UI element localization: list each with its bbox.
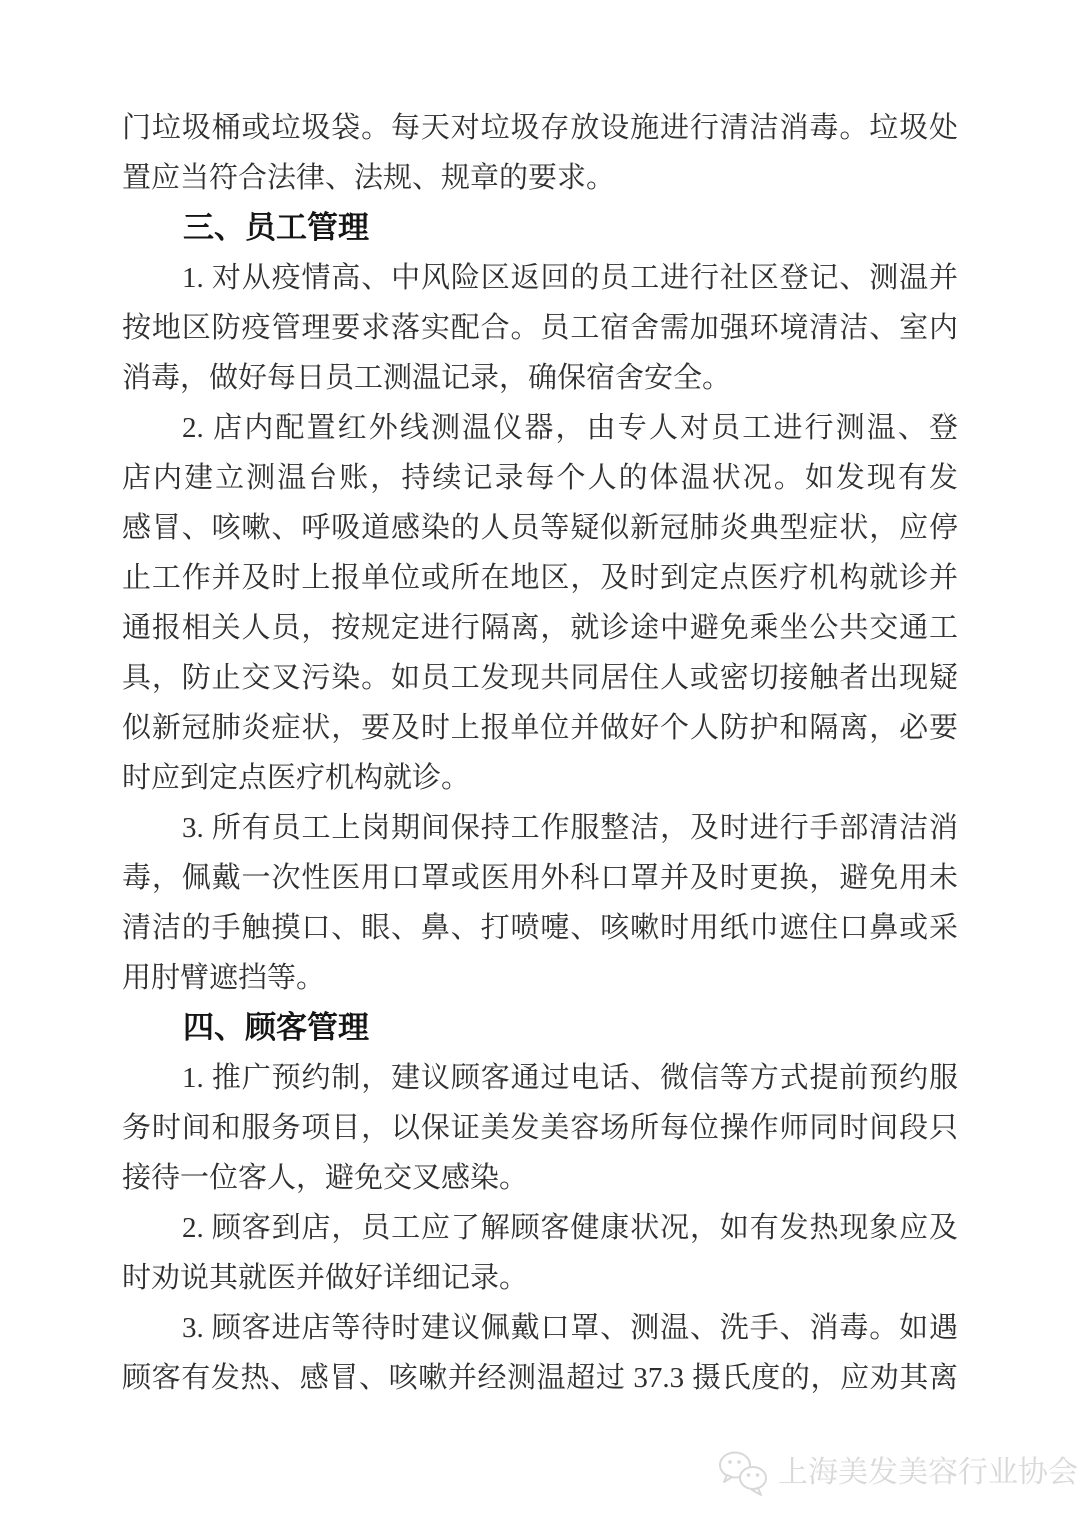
text-line: 门垃圾桶或垃圾袋。每天对垃圾存放设施进行清洁消毒。垃圾处 [122,103,958,153]
section-heading: 四、顾客管理 [122,1003,958,1053]
paragraph: 门垃圾桶或垃圾袋。每天对垃圾存放设施进行清洁消毒。垃圾处置应当符合法律、法规、规… [122,103,958,203]
text-line: 2. 顾客到店，员工应了解顾客健康状况，如有发热现象应及 [122,1203,958,1253]
text-line: 接待一位客人，避免交叉感染。 [122,1153,958,1203]
text-line: 3. 顾客进店等待时建议佩戴口罩、测温、洗手、消毒。如遇 [122,1303,958,1353]
text-line: 清洁的手触摸口、眼、鼻、打喷嚏、咳嗽时用纸巾遮住口鼻或采 [122,903,958,953]
text-line: 1. 推广预约制，建议顾客通过电话、微信等方式提前预约服 [122,1053,958,1103]
text-line: 似新冠肺炎症状，要及时上报单位并做好个人防护和隔离，必要 [122,703,958,753]
watermark: 上海美发美容行业协会 [716,1448,1078,1498]
paragraph: 3. 所有员工上岗期间保持工作服整洁，及时进行手部清洁消毒，佩戴一次性医用口罩或… [122,803,958,1003]
text-line: 务时间和服务项目，以保证美发美容场所每位操作师同时间段只 [122,1103,958,1153]
paragraph: 1. 对从疫情高、中风险区返回的员工进行社区登记、测温并按地区防疫管理要求落实配… [122,253,958,403]
page: { "page": { "background": "#ffffff", "bo… [0,0,1080,1527]
text-line: 置应当符合法律、法规、规章的要求。 [122,153,958,203]
document-page: 门垃圾桶或垃圾袋。每天对垃圾存放设施进行清洁消毒。垃圾处置应当符合法律、法规、规… [0,0,1080,1527]
text-line: 按地区防疫管理要求落实配合。员工宿舍需加强环境清洁、室内 [122,303,958,353]
document-body: 门垃圾桶或垃圾袋。每天对垃圾存放设施进行清洁消毒。垃圾处置应当符合法律、法规、规… [122,103,958,1403]
text-line: 用肘臂遮挡等。 [122,953,958,1003]
text-line: 时应到定点医疗机构就诊。 [122,753,958,803]
text-line: 消毒，做好每日员工测温记录，确保宿舍安全。 [122,353,958,403]
paragraph: 2. 顾客到店，员工应了解顾客健康状况，如有发热现象应及时劝说其就医并做好详细记… [122,1203,958,1303]
paragraph: 1. 推广预约制，建议顾客通过电话、微信等方式提前预约服务时间和服务项目，以保证… [122,1053,958,1203]
paragraph: 2. 店内配置红外线测温仪器，由专人对员工进行测温、登记，店内建立测温台账，持续… [122,403,958,803]
text-line: 顾客有发热、感冒、咳嗽并经测温超过 37.3 摄氏度的，应劝其离 [122,1353,958,1403]
text-line: 1. 对从疫情高、中风险区返回的员工进行社区登记、测温并 [122,253,958,303]
paragraph: 3. 顾客进店等待时建议佩戴口罩、测温、洗手、消毒。如遇顾客有发热、感冒、咳嗽并… [122,1303,958,1403]
text-line: 2. 店内配置红外线测温仪器，由专人对员工进行测温、登记， [122,403,958,453]
text-line: 感冒、咳嗽、呼吸道感染的人员等疑似新冠肺炎典型症状，应停 [122,503,958,553]
text-line: 具，防止交叉污染。如员工发现共同居住人或密切接触者出现疑 [122,653,958,703]
text-line: 通报相关人员，按规定进行隔离，就诊途中避免乘坐公共交通工 [122,603,958,653]
text-line: 时劝说其就医并做好详细记录。 [122,1253,958,1303]
watermark-text: 上海美发美容行业协会 [778,1449,1078,1497]
text-line: 毒，佩戴一次性医用口罩或医用外科口罩并及时更换，避免用未 [122,853,958,903]
wechat-icon [716,1448,772,1498]
text-line: 店内建立测温台账，持续记录每个人的体温状况。如发现有发热、 [122,453,958,503]
text-line: 止工作并及时上报单位或所在地区，及时到定点医疗机构就诊并 [122,553,958,603]
text-line: 3. 所有员工上岗期间保持工作服整洁，及时进行手部清洁消 [122,803,958,853]
section-heading: 三、员工管理 [122,203,958,253]
